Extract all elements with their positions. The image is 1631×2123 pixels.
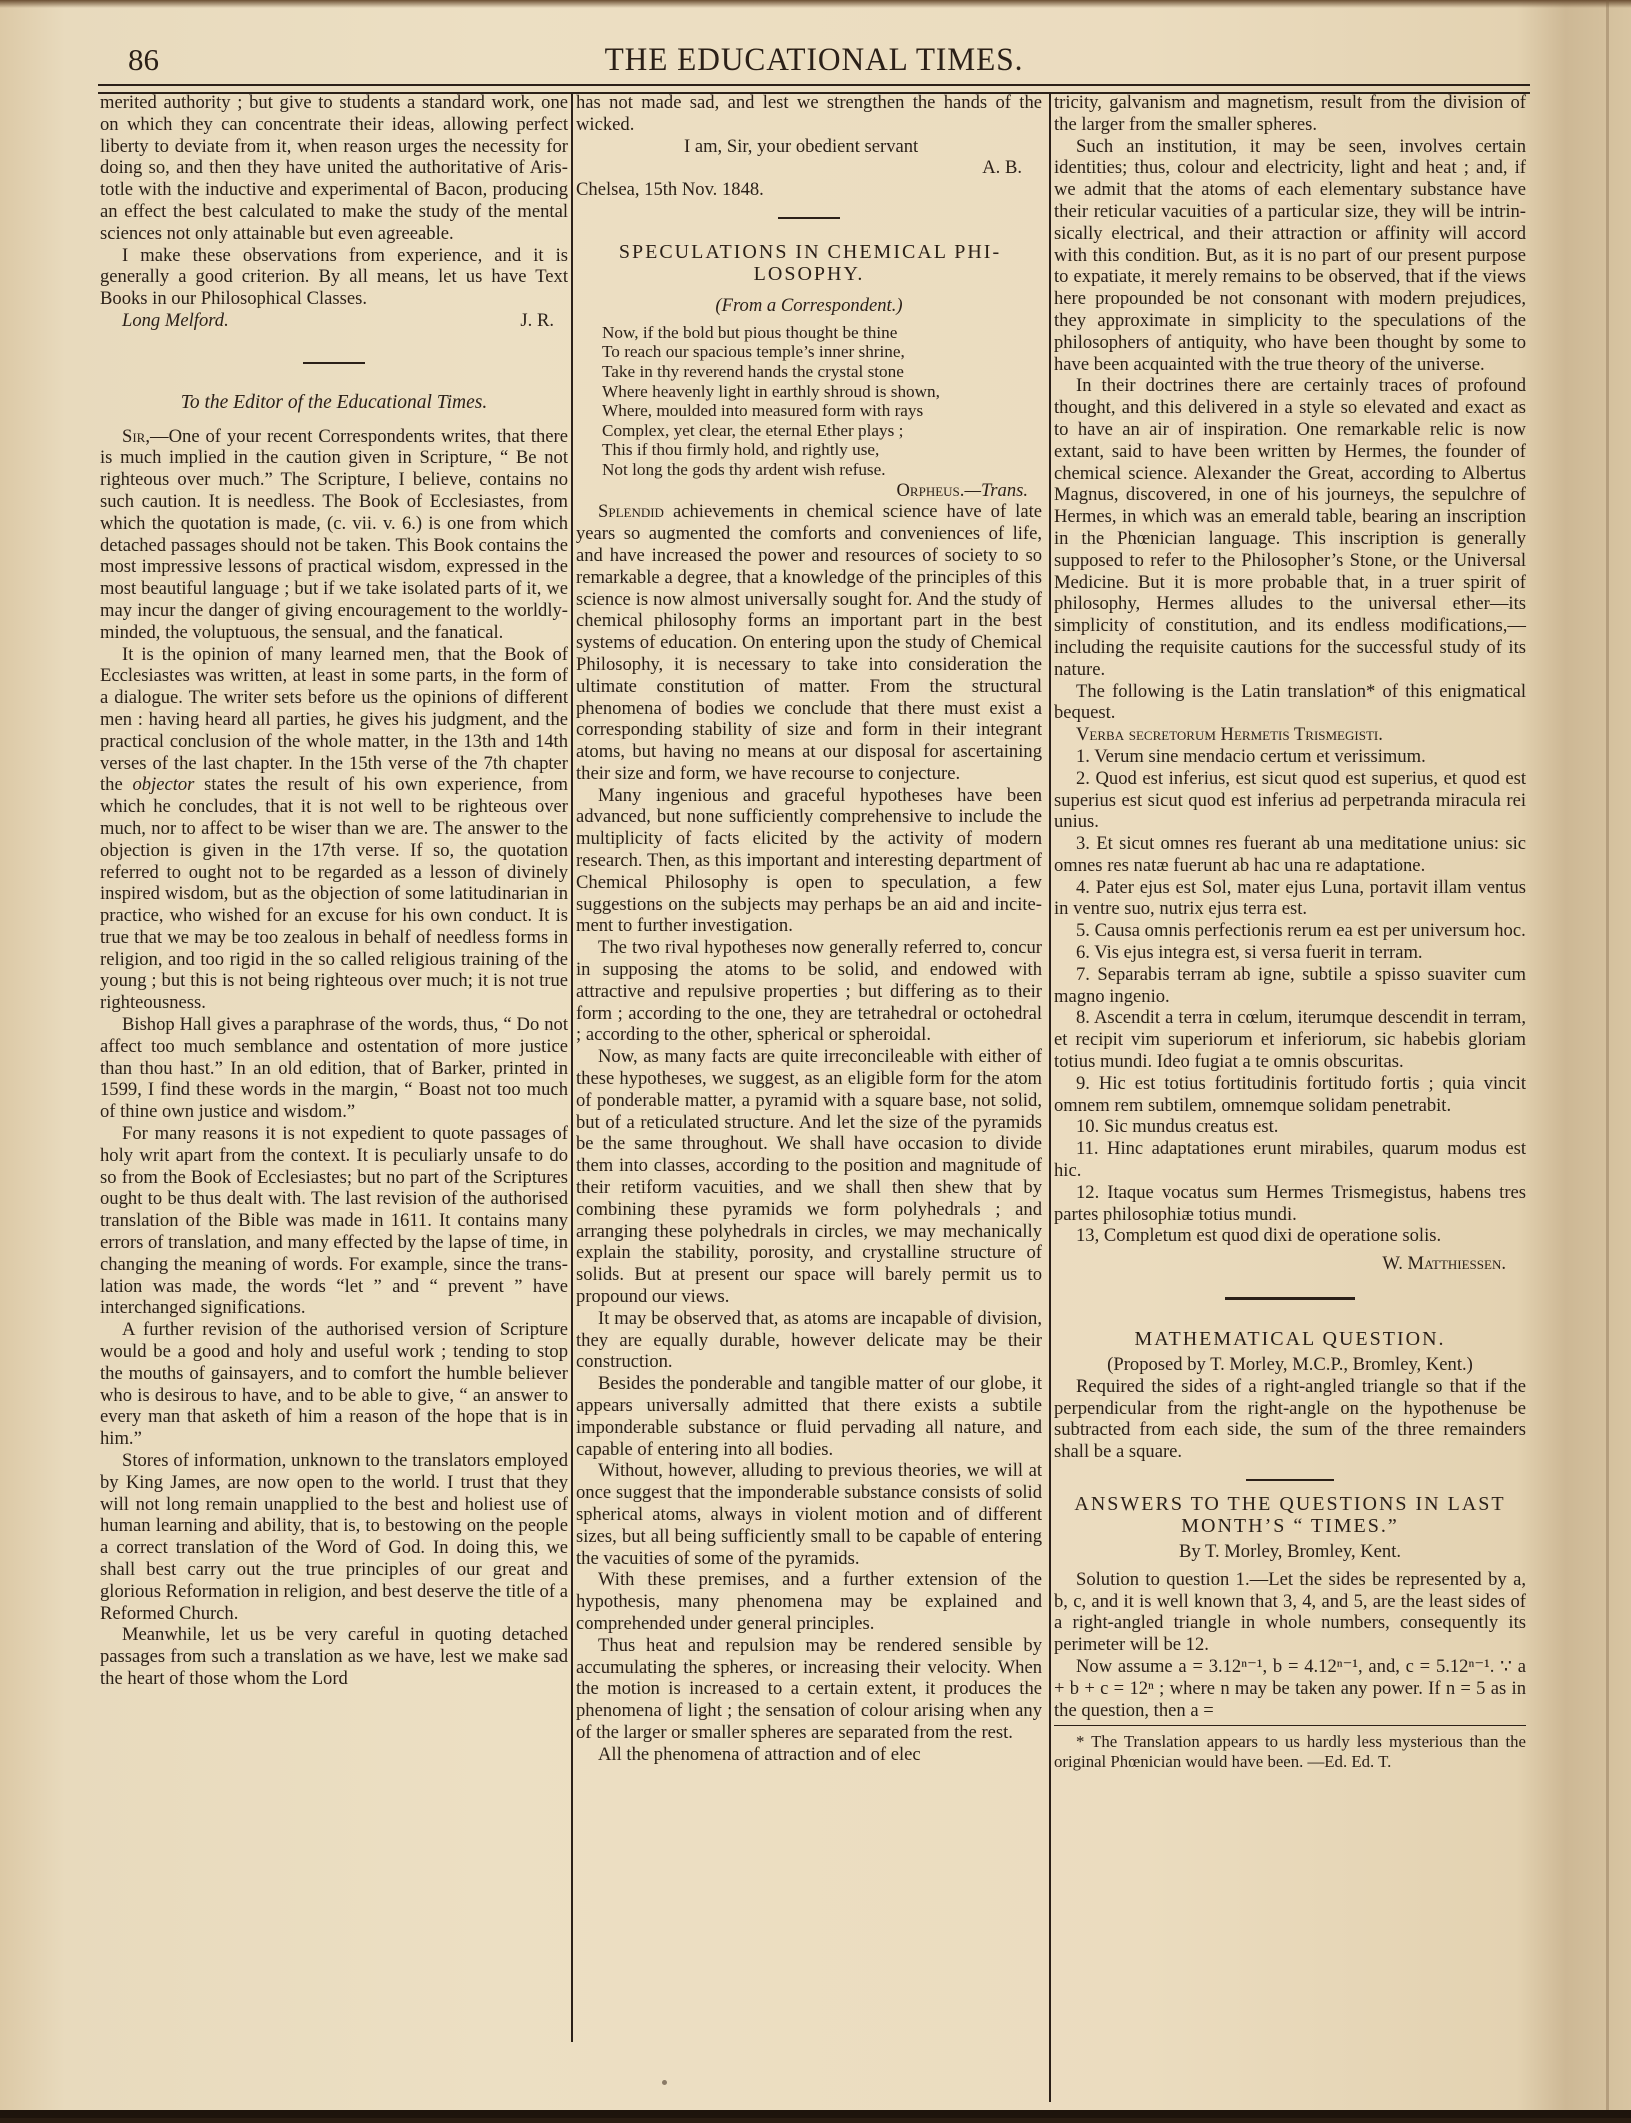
paragraph: A further revision of the authorised ver… — [100, 1319, 568, 1450]
paragraph: Bishop Hall gives a paraphrase of the wo… — [100, 1014, 568, 1123]
poem-line: Now, if the bold but pious thought be th… — [602, 323, 1042, 343]
answers-author: By T. Morley, Bromley, Kent. — [1054, 1541, 1526, 1563]
latin-item: 3. Et sicut omnes res fuerant ab una med… — [1054, 833, 1526, 877]
latin-item: 5. Causa omnis perfectionis rerum ea est… — [1054, 920, 1526, 942]
letter-closing: I am, Sir, your obedient servant — [576, 136, 1042, 158]
paragraph: Such an institution, it may be seen, inv… — [1054, 136, 1526, 376]
section-divider — [303, 362, 365, 364]
letter-initials: A. B. — [576, 157, 1042, 179]
paragraph: Besides the ponderable and tangible matt… — [576, 1373, 1042, 1460]
paragraph: For many reasons it is not expedient to … — [100, 1123, 568, 1319]
paragraph: Sir,—One of your recent Correspondents w… — [100, 426, 568, 644]
paragraph: It is the opinion of many learned men, t… — [100, 644, 568, 1015]
letter-heading: To the Editor of the Educational Times. — [100, 392, 568, 414]
paragraph: It may be observed that, as atoms are in… — [576, 1308, 1042, 1373]
attribution-name: Orpheus. — [897, 480, 965, 501]
paragraph: Many ingenious and graceful hypotheses h… — [576, 785, 1042, 938]
paragraph: The following is the Latin translation* … — [1054, 681, 1526, 725]
paragraph-text: states the result of his own experience,… — [100, 774, 568, 1013]
attribution-trans: —Trans. — [964, 480, 1028, 501]
column-divider — [1049, 92, 1051, 2102]
paragraph: The two rival hypotheses now generally r… — [576, 937, 1042, 1046]
math-question-proposer: (Proposed by T. Morley, M.C.P., Bromley,… — [1054, 1354, 1526, 1376]
column-left: merited authority ; but give to students… — [100, 92, 568, 1690]
poem-line: Take in thy reverend hands the crystal s… — [602, 362, 1042, 382]
poem-line: Not long the gods thy ardent wish refuse… — [602, 460, 1042, 480]
signature-place: Long Melford. — [122, 310, 229, 332]
paragraph: Without, however, alluding to previous t… — [576, 1460, 1042, 1569]
latin-item: 11. Hinc adaptationes erunt mirabiles, q… — [1054, 1138, 1526, 1182]
lead-word: Splendid — [598, 501, 664, 522]
solution-paragraph: Now assume a = 3.12ⁿ⁻¹, b = 4.12ⁿ⁻¹, and… — [1054, 1656, 1526, 1721]
latin-item: 2. Quod est inferius, est sicut quod est… — [1054, 768, 1526, 833]
signature-line: Long Melford. J. R. — [100, 310, 568, 332]
paragraph-text: achievements in chemical science have of… — [576, 501, 1042, 784]
poem-line: Where, moulded into measured form with r… — [602, 401, 1042, 421]
column-right: tricity, galvanism and magnetism, result… — [1054, 92, 1526, 1771]
math-question-text: Required the sides of a right-angled tri… — [1054, 1376, 1526, 1463]
section-divider — [778, 217, 840, 219]
paragraph: I make these observations from experienc… — [100, 245, 568, 310]
latin-title: Verba secretorum Hermetis Trismegisti. — [1054, 724, 1526, 746]
paragraph-text: —One of your recent Correspondents write… — [100, 426, 568, 643]
article-subtitle: (From a Correspondent.) — [576, 295, 1042, 317]
page-edge — [1606, 0, 1609, 2110]
article-title: SPECULATIONS IN CHEMICAL PHI­LOSOPHY. — [576, 241, 1042, 285]
paragraph: With these premises, and a further exten… — [576, 1569, 1042, 1634]
poem-line: Where heavenly light in earthly shroud i… — [602, 382, 1042, 402]
paragraph: Thus heat and repulsion may be rendered … — [576, 1635, 1042, 1744]
latin-item: 1. Verum sine mendacio certum et verissi… — [1054, 746, 1526, 768]
paragraph: Meanwhile, let us be very careful in quo… — [100, 1624, 568, 1689]
latin-item: 13, Completum est quod dixi de operation… — [1054, 1225, 1526, 1247]
footnote: * The Translation appears to us hardly l… — [1054, 1732, 1526, 1771]
section-divider — [1246, 1479, 1334, 1481]
poem-line: To reach our spacious temple’s inner shr… — [602, 342, 1042, 362]
footnote-rule — [1054, 1725, 1526, 1726]
dateline: Chelsea, 15th Nov. 1848. — [576, 179, 1042, 201]
answers-title: ANSWERS TO THE QUESTIONS IN LAST MONTH’S… — [1054, 1493, 1526, 1537]
paragraph: In their doctrines there are certainly t… — [1054, 375, 1526, 680]
math-question-title: MATHEMATICAL QUESTION. — [1054, 1328, 1526, 1350]
latin-item: 9. Hic est totius fortitudinis fortitudo… — [1054, 1073, 1526, 1117]
latin-item: 6. Vis ejus integra est, si versa fuerit… — [1054, 942, 1526, 964]
solution-paragraph: Solution to question 1.—Let the sides be… — [1054, 1569, 1526, 1656]
paragraph: Splendid achievements in chemical scienc… — [576, 501, 1042, 784]
emphasis: objector — [132, 774, 194, 795]
paragraph: Stores of information, unknown to the tr… — [100, 1450, 568, 1624]
signature-name: J. R. — [520, 310, 554, 332]
poem-attribution: Orpheus.—Trans. — [576, 480, 1042, 502]
newspaper-page: 86 THE EDUCATIONAL TIMES. merited author… — [0, 0, 1631, 2118]
latin-item: 12. Itaque vocatus sum Hermes Trismegist… — [1054, 1182, 1526, 1226]
poem: Now, if the bold but pious thought be th… — [602, 323, 1042, 480]
page-header: 86 THE EDUCATIONAL TIMES. — [98, 42, 1530, 82]
section-divider — [1225, 1297, 1355, 1300]
latin-item: 7. Separabis terram ab igne, subtile a s… — [1054, 964, 1526, 1008]
latin-signature: W. Matthiessen. — [1054, 1253, 1526, 1275]
paragraph: merited authority ; but give to students… — [100, 92, 568, 245]
poem-line: Complex, yet clear, the eternal Ether pl… — [602, 421, 1042, 441]
column-middle: has not made sad, and lest we strengthen… — [576, 92, 1042, 1766]
poem-line: This if thou firmly hold, and rightly us… — [602, 440, 1042, 460]
paper-blemish — [662, 2080, 667, 2085]
column-divider — [571, 92, 573, 2042]
paragraph: tricity, galvanism and magnetism, result… — [1054, 92, 1526, 136]
paragraph: has not made sad, and lest we strengthen… — [576, 92, 1042, 136]
latin-item: 4. Pater ejus est Sol, mater ejus Luna, … — [1054, 877, 1526, 921]
salutation: Sir, — [122, 426, 150, 447]
latin-item: 8. Ascendit a terra in cœlum, iterumque … — [1054, 1007, 1526, 1072]
paragraph: All the phenomena of attraction and of e… — [576, 1744, 1042, 1766]
paragraph-text: It is the opinion of many learned men, t… — [100, 644, 568, 796]
masthead: THE EDUCATIONAL TIMES. — [134, 42, 1494, 79]
latin-item: 10. Sic mundus creatus est. — [1054, 1116, 1526, 1138]
paragraph: Now, as many facts are quite irreconcile… — [576, 1046, 1042, 1308]
